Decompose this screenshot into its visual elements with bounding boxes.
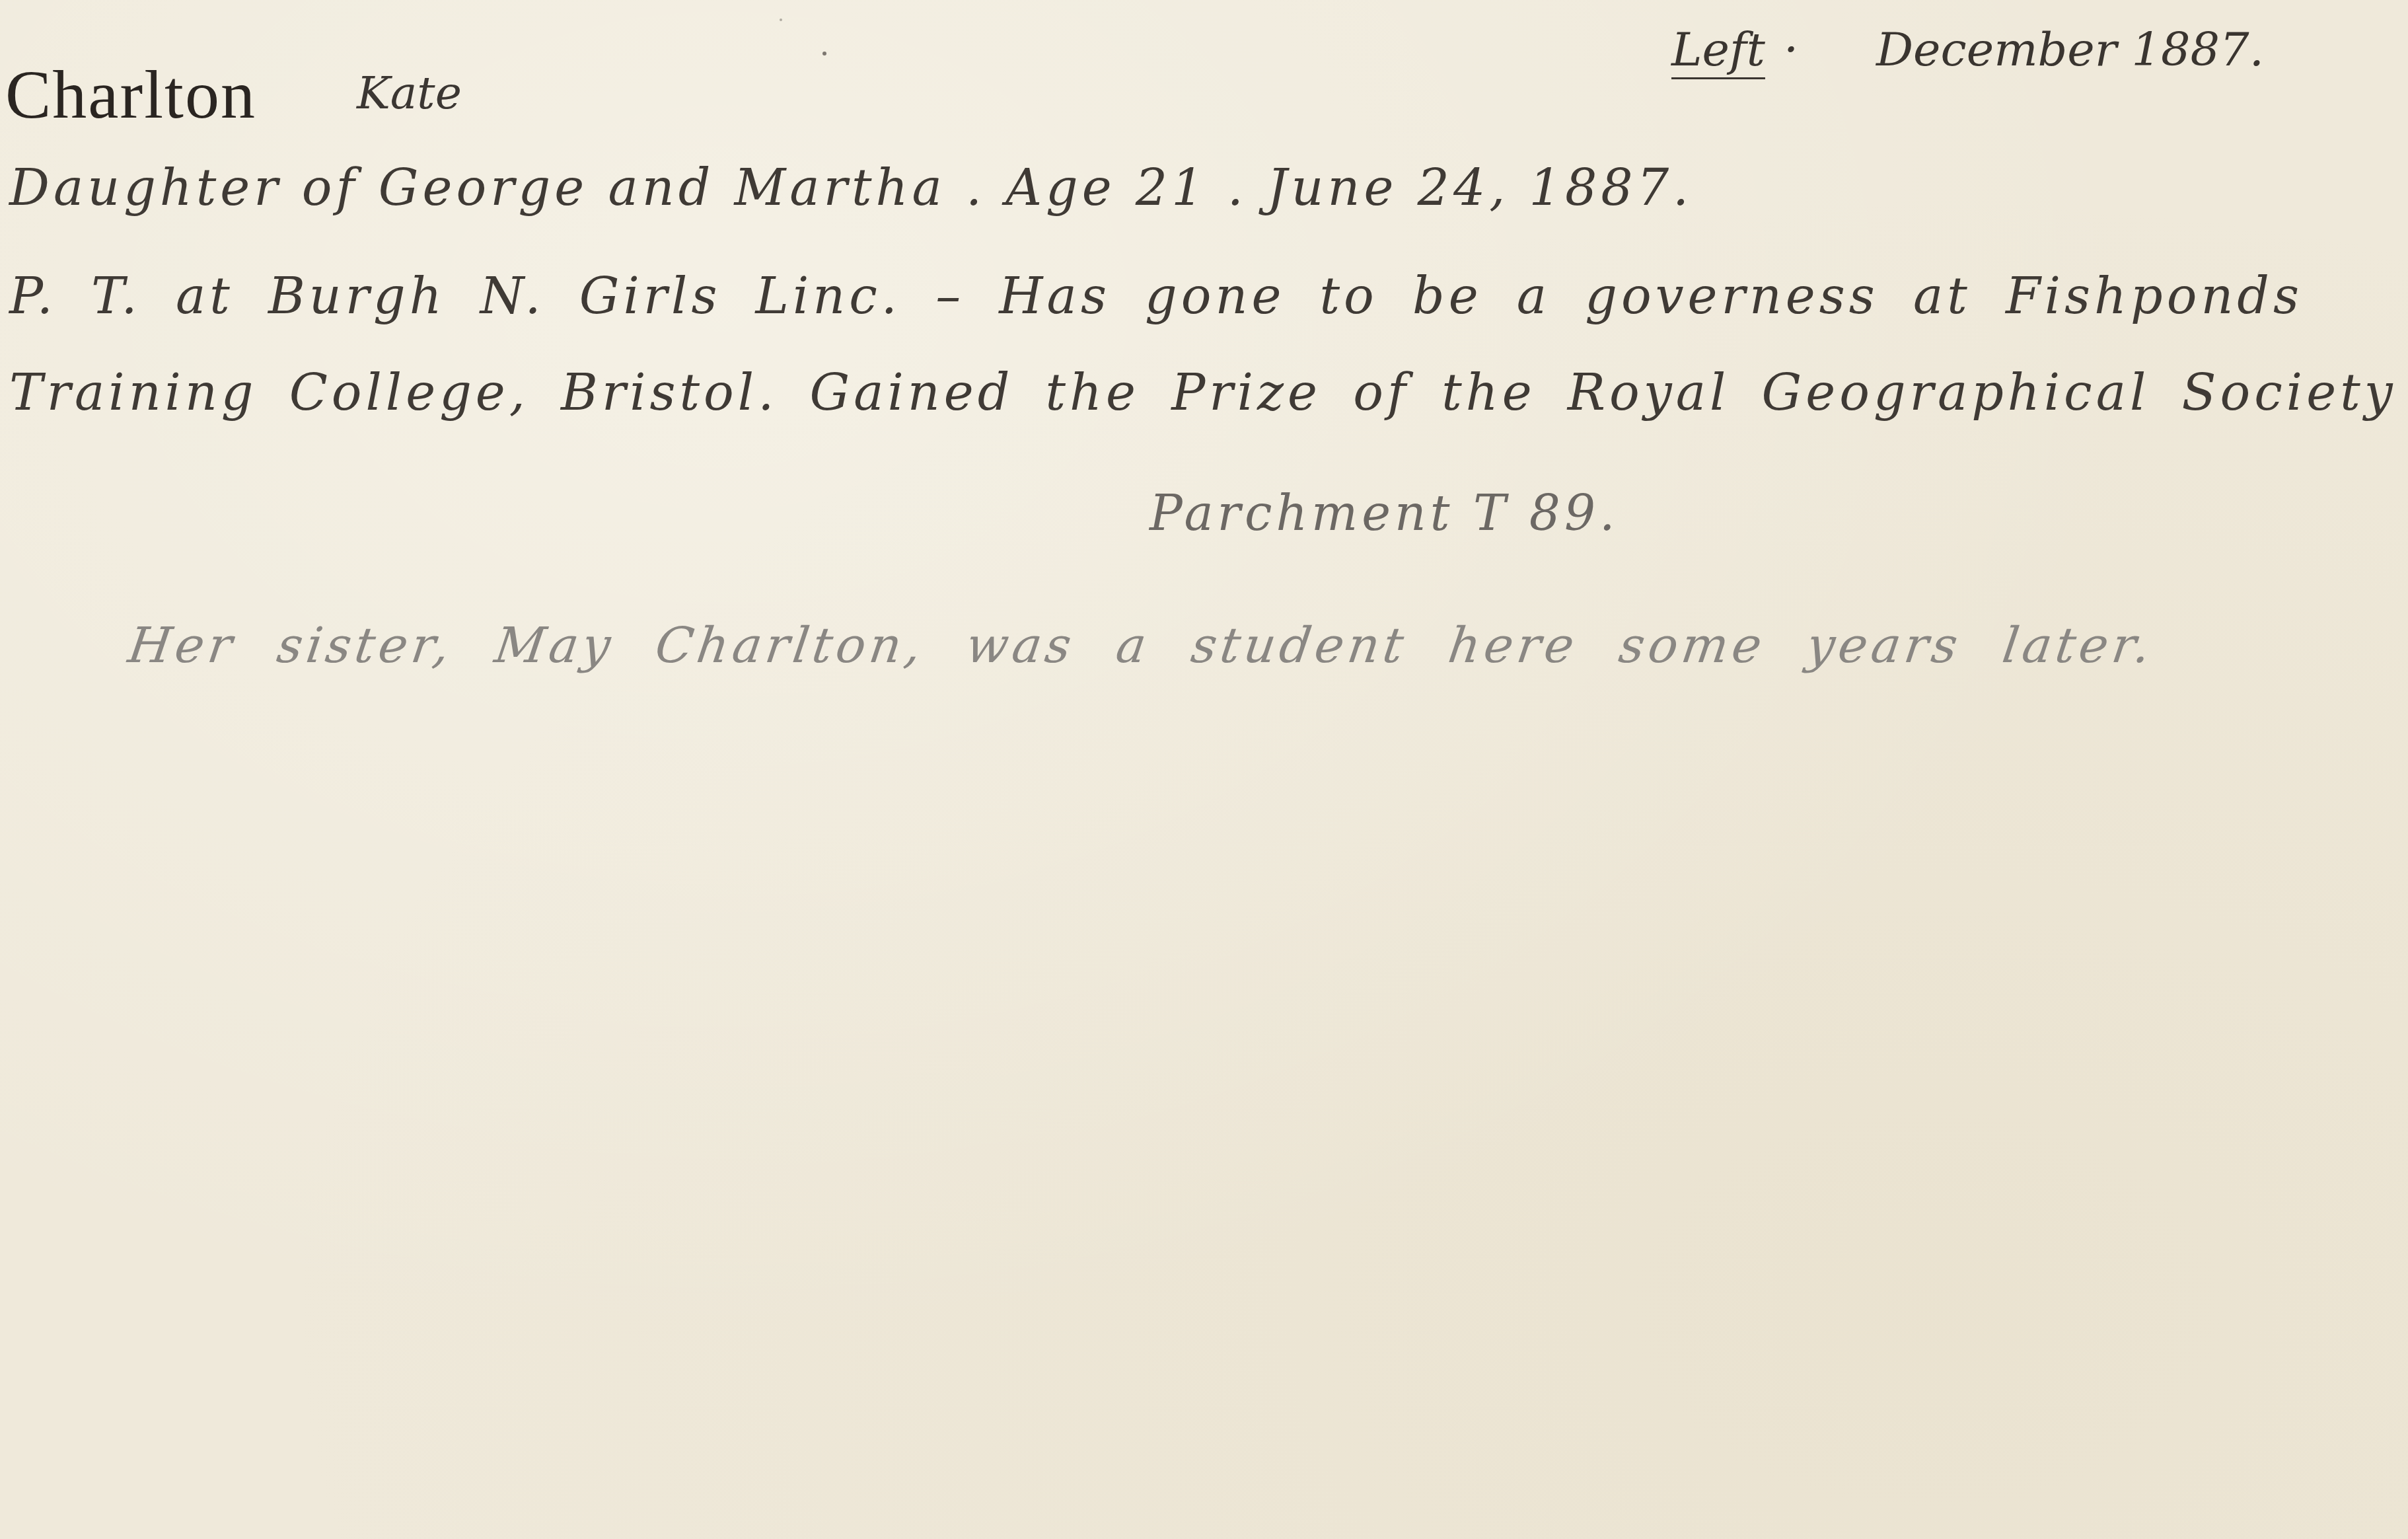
- college-prize-line: Training College, Bristol. Gained the Pr…: [9, 367, 2397, 418]
- left-date: December 1887.: [1876, 26, 2264, 73]
- left-label: Left: [1671, 26, 1765, 73]
- left-separator: ·: [1784, 26, 1798, 73]
- parchment-note: Parchment T 89.: [1149, 489, 1619, 538]
- sister-note: Her sister, May Charlton, was a student …: [126, 621, 2158, 670]
- ink-speck: [822, 52, 826, 56]
- forename: Kate: [357, 71, 462, 116]
- surname: Charlton: [5, 61, 256, 130]
- ink-speck: [780, 19, 782, 21]
- record-card: Charlton Kate Left · December 1887. Daug…: [0, 0, 2408, 1539]
- training-line: P. T. at Burgh N. Girls Linc. – Has gone…: [9, 271, 2303, 321]
- parentage-age-line: Daughter of George and Martha . Age 21 .…: [9, 163, 1693, 213]
